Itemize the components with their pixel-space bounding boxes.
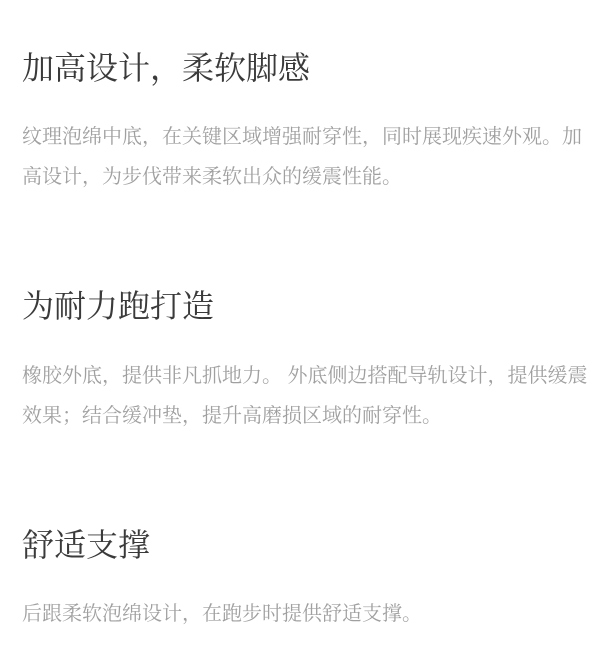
product-description-content: 加高设计，柔软脚感 纹理泡绵中底，在关键区域增强耐穿性，同时展现疾速外观。加高设…	[0, 0, 615, 634]
section-heading: 为耐力跑打造	[22, 287, 593, 325]
feature-section-support: 舒适支撑 后跟柔软泡绵设计，在跑步时提供舒适支撑。	[22, 526, 593, 634]
section-body: 橡胶外底，提供非凡抓地力。 外底侧边搭配导轨设计，提供缓震效果；结合缓冲垫，提升…	[22, 356, 593, 436]
feature-section-durability: 为耐力跑打造 橡胶外底，提供非凡抓地力。 外底侧边搭配导轨设计，提供缓震效果；结…	[22, 287, 593, 435]
section-body: 纹理泡绵中底，在关键区域增强耐穿性，同时展现疾速外观。加高设计，为步伐带来柔软出…	[22, 117, 593, 197]
feature-section-cushioning: 加高设计，柔软脚感 纹理泡绵中底，在关键区域增强耐穿性，同时展现疾速外观。加高设…	[22, 49, 593, 197]
section-heading: 加高设计，柔软脚感	[22, 49, 593, 87]
section-heading: 舒适支撑	[22, 526, 593, 564]
section-body: 后跟柔软泡绵设计，在跑步时提供舒适支撑。	[22, 594, 593, 634]
